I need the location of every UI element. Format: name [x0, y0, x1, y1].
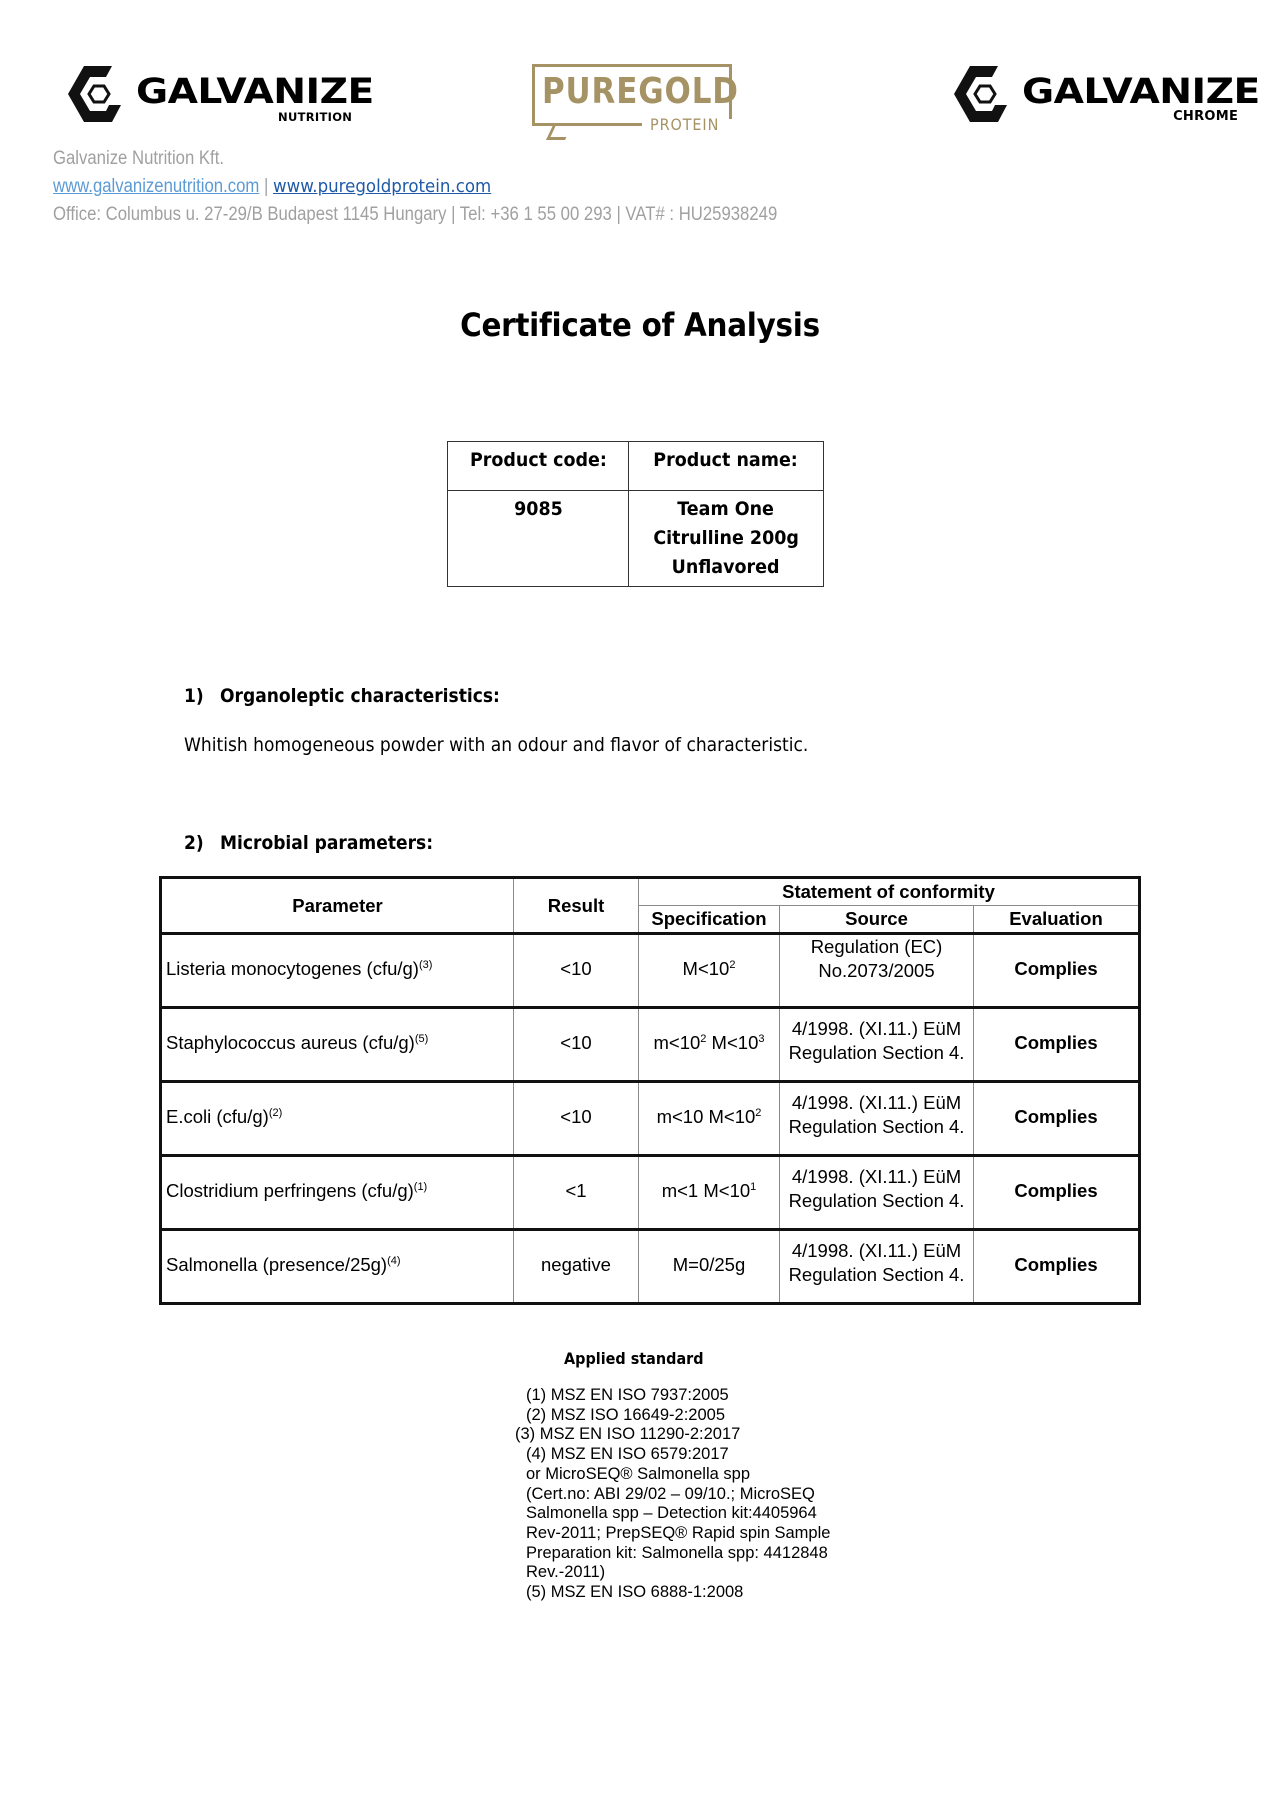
cell-source: 4/1998. (XI.11.) EüMRegulation Section 4… [780, 1156, 974, 1230]
galvanize-hex-icon [954, 66, 1016, 122]
cell-source: Regulation (EC)No.2073/2005 [780, 934, 974, 1008]
col-header-result: Result [514, 878, 639, 934]
product-name-label: Product name: [629, 442, 824, 491]
cell-result: <10 [514, 1082, 639, 1156]
col-header-specification: Specification [639, 906, 780, 934]
product-code-label: Product code: [448, 442, 629, 491]
standard-line: Rev-2011; PrepSEQ® Rapid spin Sample [526, 1524, 830, 1544]
col-header-conformity: Statement of conformity [639, 878, 1140, 906]
logo-sub-text: NUTRITION [278, 111, 352, 123]
table-row: E.coli (cfu/g)(2)<10m<10 M<1024/1998. (X… [161, 1082, 1140, 1156]
cell-source: 4/1998. (XI.11.) EüMRegulation Section 4… [780, 1230, 974, 1304]
cell-parameter: Salmonella (presence/25g)(4) [161, 1230, 514, 1304]
page-title: Certificate of Analysis [51, 306, 1229, 344]
galvanize-chrome-logo: GALVANIZE CHROME [954, 66, 1234, 123]
cell-parameter: Staphylococcus aureus (cfu/g)(5) [161, 1008, 514, 1082]
cell-result: <10 [514, 934, 639, 1008]
standard-line: (2) MSZ ISO 16649-2:2005 [526, 1406, 830, 1426]
standard-reference: (5) [415, 1033, 428, 1045]
col-header-parameter: Parameter [161, 878, 514, 934]
cell-evaluation: Complies [974, 934, 1140, 1008]
cell-source: 4/1998. (XI.11.) EüMRegulation Section 4… [780, 1082, 974, 1156]
logo-brand-text: GALVANIZE [136, 74, 374, 110]
cell-parameter: E.coli (cfu/g)(2) [161, 1082, 514, 1156]
logo-brand-text: PUREGOLD [542, 70, 739, 114]
table-row: Clostridium perfringens (cfu/g)(1)<1m<1 … [161, 1156, 1140, 1230]
website-links: www.galvanizenutrition.com | www.puregol… [53, 173, 777, 201]
col-header-source: Source [780, 906, 974, 934]
logo-sub-text: PROTEIN [650, 116, 719, 134]
standard-line: (3) MSZ EN ISO 11290-2:2017 [515, 1425, 830, 1445]
cell-evaluation: Complies [974, 1230, 1140, 1304]
cell-parameter: Listeria monocytogenes (cfu/g)(3) [161, 934, 514, 1008]
logo-sub-text: CHROME [1173, 111, 1238, 123]
standard-line: (5) MSZ EN ISO 6888-1:2008 [526, 1583, 830, 1603]
link-separator: | [259, 176, 273, 197]
table-row: Salmonella (presence/25g)(4)negativeM=0/… [161, 1230, 1140, 1304]
standard-reference: (2) [269, 1107, 282, 1119]
cell-evaluation: Complies [974, 1156, 1140, 1230]
company-info: Galvanize Nutrition Kft. www.galvanizenu… [53, 145, 777, 229]
standard-line: (1) MSZ EN ISO 7937:2005 [526, 1386, 830, 1406]
standard-line: or MicroSEQ® Salmonella spp [526, 1465, 830, 1485]
puregold-protein-logo: PUREGOLD PROTEIN [532, 64, 740, 140]
applied-standard-list: (1) MSZ EN ISO 7937:2005(2) MSZ ISO 1664… [526, 1386, 830, 1603]
cell-specification: M<102 [639, 934, 780, 1008]
cell-specification: m<1 M<101 [639, 1156, 780, 1230]
cell-evaluation: Complies [974, 1082, 1140, 1156]
organoleptic-heading: 1)Organoleptic characteristics: [184, 685, 500, 707]
cell-result: <1 [514, 1156, 639, 1230]
standard-line: Rev.-2011) [526, 1563, 830, 1583]
cell-result: negative [514, 1230, 639, 1304]
organoleptic-text: Whitish homogeneous powder with an odour… [184, 734, 808, 756]
product-name-value: Team One Citrulline 200g Unflavored [629, 491, 824, 587]
cell-specification: m<10 M<102 [639, 1082, 780, 1156]
table-row: Staphylococcus aureus (cfu/g)(5)<10m<102… [161, 1008, 1140, 1082]
cell-specification: M=0/25g [639, 1230, 780, 1304]
standard-reference: (3) [419, 959, 432, 971]
applied-standard-title: Applied standard [564, 1349, 704, 1368]
product-code-value: 9085 [448, 491, 629, 587]
standard-line: Preparation kit: Salmonella spp: 4412848 [526, 1544, 830, 1564]
logo-brand-text: GALVANIZE [1022, 74, 1260, 110]
galvanize-website-link[interactable]: www.galvanizenutrition.com [53, 176, 259, 197]
company-name: Galvanize Nutrition Kft. [53, 145, 777, 173]
standard-line: Salmonella spp – Detection kit:4405964 [526, 1504, 830, 1524]
galvanize-hex-icon [68, 66, 130, 122]
col-header-evaluation: Evaluation [974, 906, 1140, 934]
microbial-heading: 2)Microbial parameters: [184, 832, 433, 854]
cell-evaluation: Complies [974, 1008, 1140, 1082]
cell-result: <10 [514, 1008, 639, 1082]
microbial-parameters-table: Parameter Result Statement of conformity… [159, 876, 1141, 1305]
table-row: Listeria monocytogenes (cfu/g)(3)<10M<10… [161, 934, 1140, 1008]
standard-reference: (1) [414, 1181, 427, 1193]
cell-parameter: Clostridium perfringens (cfu/g)(1) [161, 1156, 514, 1230]
product-table: Product code: Product name: 9085 Team On… [447, 441, 824, 587]
galvanize-nutrition-logo: GALVANIZE NUTRITION [68, 66, 348, 123]
standard-line: (4) MSZ EN ISO 6579:2017 [526, 1445, 830, 1465]
standard-reference: (4) [387, 1255, 400, 1267]
standard-line: (Cert.no: ABI 29/02 – 09/10.; MicroSEQ [526, 1485, 830, 1505]
cell-source: 4/1998. (XI.11.) EüMRegulation Section 4… [780, 1008, 974, 1082]
puregold-website-link[interactable]: www.puregoldprotein.com [273, 173, 491, 201]
office-contact-line: Office: Columbus u. 27-29/B Budapest 114… [53, 201, 777, 229]
cell-specification: m<102 M<103 [639, 1008, 780, 1082]
